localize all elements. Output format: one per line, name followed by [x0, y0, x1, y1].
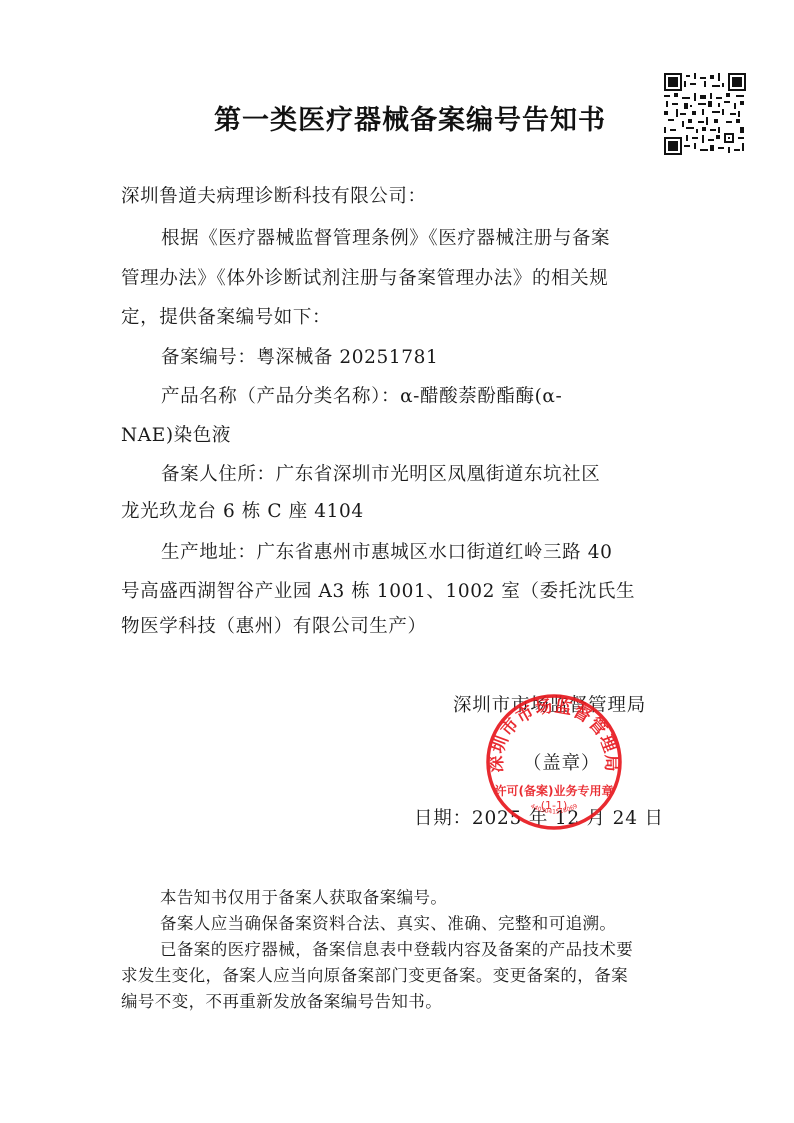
qr-code-icon — [664, 73, 746, 155]
document-title: 第一类医疗器械备案编号告知书 — [200, 98, 620, 137]
filer-address-value: 广东省深圳市光明区凤凰街道东坑社区 — [276, 464, 601, 485]
intro-line-3: 定，提供备案编号如下： — [121, 303, 331, 329]
note-line-3: 已备案的医疗器械，备案信息表中登载内容及备案的产品技术要 — [160, 936, 633, 960]
product-name-row: 产品名称（产品分类名称）：α-醋酸萘酚酯酶(α- — [161, 382, 562, 408]
filer-address-label: 备案人住所： — [161, 464, 276, 485]
date-value: 2025 年 12 月 24 日 — [472, 808, 664, 829]
product-name-label: 产品名称（产品分类名称）： — [161, 386, 400, 407]
intro-line-2: 管理办法》《体外诊断试剂注册与备案管理办法》的相关规 — [121, 264, 608, 290]
issuing-authority: 深圳市市场监督管理局 — [453, 691, 646, 717]
filing-number-label: 备案编号： — [161, 347, 257, 368]
intro-line-1: 根据《医疗器械监督管理条例》《医疗器械注册与备案 — [161, 224, 610, 250]
filer-address-continued: 龙光玖龙台 6 栋 C 座 4104 — [121, 497, 364, 523]
filing-number-row: 备案编号：粤深械备 20251781 — [161, 343, 438, 369]
production-address-line-3: 物医学科技（惠州）有限公司生产） — [121, 612, 427, 638]
note-line-2: 备案人应当确保备案资料合法、真实、准确、完整和可追溯。 — [160, 910, 616, 934]
date-label: 日期： — [414, 808, 472, 829]
note-line-5: 编号不变，不再重新发放备案编号告知书。 — [121, 988, 442, 1012]
addressee: 深圳鲁道夫病理诊断科技有限公司： — [121, 182, 427, 208]
production-address-row: 生产地址：广东省惠州市惠城区水口街道红岭三路 40 — [161, 538, 612, 564]
product-name-continued: NAE)染色液 — [121, 421, 231, 447]
filing-number-value: 粤深械备 20251781 — [257, 347, 439, 368]
svg-text:许可(备案)业务专用章: 许可(备案)业务专用章 — [495, 783, 614, 798]
production-address-label: 生产地址： — [161, 542, 257, 563]
product-name-value: α-醋酸萘酚酯酶(α- — [400, 386, 562, 407]
note-line-4: 求发生变化，备案人应当向原备案部门变更备案。变更备案的，备案 — [121, 962, 628, 986]
production-address-value: 广东省惠州市惠城区水口街道红岭三路 40 — [257, 542, 613, 563]
issue-date: 日期：2025 年 12 月 24 日 — [414, 804, 664, 830]
production-address-line-2: 号高盛西湖智谷产业园 A3 栋 1001、1002 室（委托沈氏生 — [121, 577, 635, 603]
filer-address-row: 备案人住所：广东省深圳市光明区凤凰街道东坑社区 — [161, 460, 600, 486]
note-line-1: 本告知书仅用于备案人获取备案编号。 — [160, 884, 447, 908]
seal-note: （盖章） — [523, 749, 600, 775]
notice-page: 第一类医疗器械备案编号告知书 深圳鲁道夫病理诊断科技有限公司： 根据《医疗器械监… — [0, 0, 794, 1123]
